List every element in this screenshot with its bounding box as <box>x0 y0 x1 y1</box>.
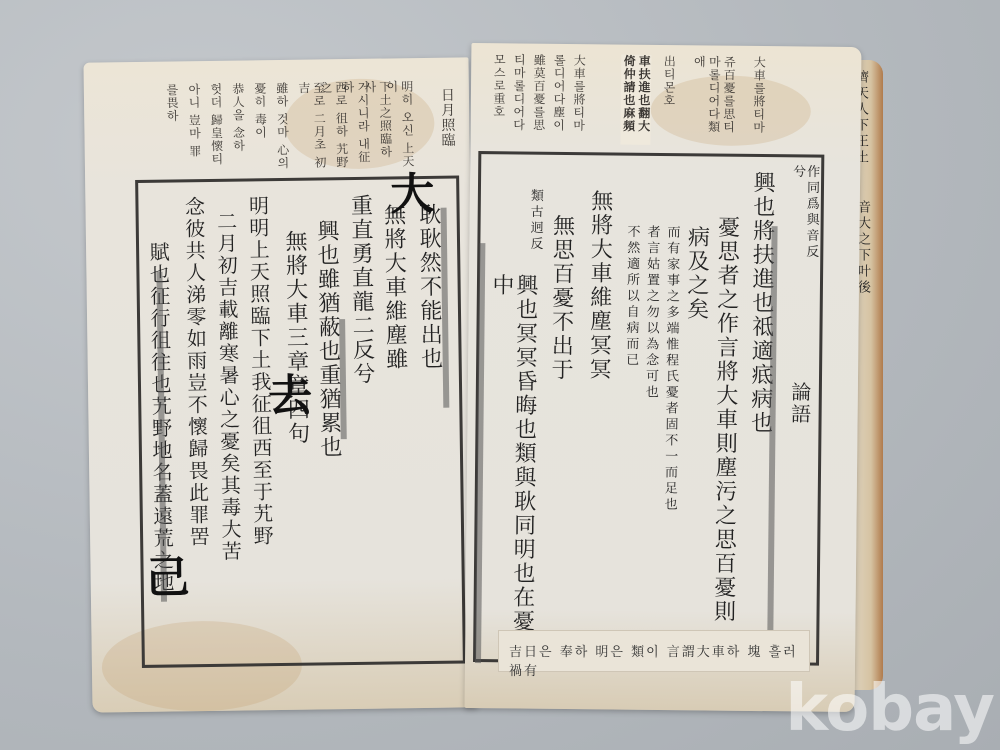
top-annotation: 쥬百憂를思티 <box>720 56 736 146</box>
heading: 論語 <box>787 381 812 441</box>
left-page: 明히 오신 上天이 下土之照臨하사 거시니라 내征하 西로 徂하 艽野之 至로 … <box>83 57 477 712</box>
open-book: 濟天人下王土 音大之下叶後 明히 오신 上天이 下土之照臨하사 거시니라 내征하… <box>88 40 878 720</box>
top-annotation: 모스로重호 <box>490 53 506 143</box>
text-column: 病及之矣 <box>683 225 708 365</box>
pasted-note: 車扶進也翻大 倚仲請也麻頻 <box>620 55 651 145</box>
top-annotation: 恭人을 念하 <box>230 82 246 172</box>
top-annotation: 出티몬호 <box>660 55 676 145</box>
top-annotation: 아니 豈마 罪 <box>186 83 202 173</box>
text-column: 興也冥冥昏晦也類與耿同明也在憂中 <box>485 273 537 653</box>
top-annotation: 大車를將티마 <box>750 56 766 146</box>
text-column: 類古迥反 <box>527 189 542 279</box>
text-column: 憂思者之作言將大車則塵污之思百憂則 <box>710 216 738 636</box>
text-column: 興也雖猶蔽也重猶累也 <box>314 219 342 519</box>
top-annotation: 至로 二月초 初吉 <box>296 81 327 171</box>
text-column: 無思百憂不出于 <box>545 214 574 654</box>
top-annotation: 雖하 것마 心의 <box>274 82 290 172</box>
kobay-watermark: kobay <box>785 672 994 746</box>
top-annotation: 大車를將티마 <box>570 54 586 144</box>
brush-mark: 去 <box>268 360 313 425</box>
text-column: 無將大車維塵冥冥 <box>583 189 612 629</box>
bottom-label-slip: 吉日은 奉하 明은 類이 言謂大車하 塊 흘러 禍有 <box>498 630 810 672</box>
top-annotation: 마롤디어다類애 <box>690 55 721 145</box>
top-annotation: 憂히 毒이 <box>252 82 268 172</box>
bottom-label-text: 吉日은 奉하 明은 類이 言謂大車하 塊 흘러 禍有 <box>509 641 809 679</box>
brush-mark: 己 <box>145 541 190 606</box>
text-column: 耿耿然不能出也 <box>415 203 443 473</box>
top-annotation: 롤디어다塵이 <box>550 54 566 144</box>
text-column: 重直勇直龍二反兮 <box>347 194 374 394</box>
brush-mark: 大 <box>390 158 435 223</box>
top-annotation: 雖莫百憂를思 <box>530 54 546 144</box>
margin-heading: 日月照臨 <box>439 88 455 148</box>
right-page: 大車를將티마 롤디어다塵이 雖莫百憂를思 티마롤디어다 모스로重호 車扶進也翻大… <box>465 43 862 712</box>
top-annotation: 를畏하 <box>164 83 180 173</box>
top-annotation: 헛더 歸皇懷티 <box>208 83 224 173</box>
text-column: 作同爲與音反兮 <box>789 164 818 264</box>
text-column: 無將大車維塵雖 <box>380 203 410 643</box>
top-annotation: 티마롤디어다 <box>510 53 526 143</box>
